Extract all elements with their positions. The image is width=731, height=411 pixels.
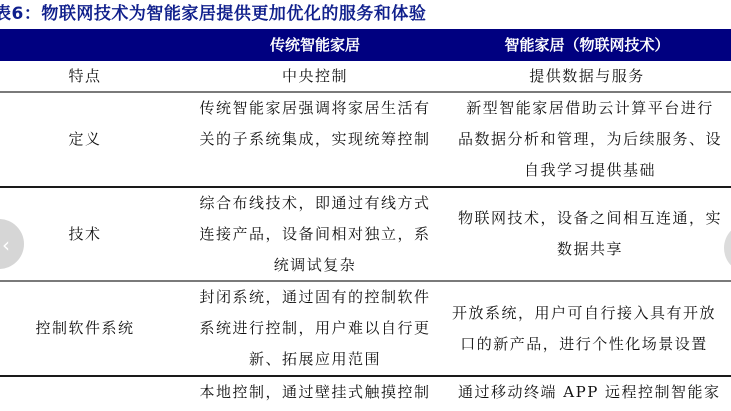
header-traditional: 传统智能家居 [182,29,448,61]
traditional-cell: 中央控制 [182,61,448,91]
iot-cell: 提供数据与服务 [452,61,722,91]
table-row-control-mode: 本地控制，通过壁挂式触摸控制 通过移动终端 APP 远程控制智能家 [0,377,731,411]
row-label: 定义 [0,93,170,186]
table-row-control-software: 控制软件系统 封闭系统，通过固有的控制软件 系统进行控制，用户难以自行更 新、拓… [0,282,731,377]
header-feature [0,29,170,61]
row-label: 技术 [0,188,170,280]
table-row-feature: 特点 中央控制 提供数据与服务 [0,61,731,93]
row-label: 特点 [0,61,170,91]
iot-cell: 开放系统，用户可自行接入具有开放 口的新产品，进行个性化场景设置 [452,282,731,375]
table-row-definition: 定义 传统智能家居强调将家居生活有 关的子系统集成，实现统筹控制 新型智能家居借… [0,93,731,188]
traditional-cell: 综合布线技术，即通过有线方式 连接产品，设备间相对独立，系 统调试复杂 [182,188,448,280]
header-iot: 智能家居（物联网技术） [452,29,722,61]
table-row-technology: 技术 综合布线技术，即通过有线方式 连接产品，设备间相对独立，系 统调试复杂 物… [0,188,731,282]
row-label: 控制软件系统 [0,282,170,375]
traditional-cell: 传统智能家居强调将家居生活有 关的子系统集成，实现统筹控制 [182,93,448,186]
traditional-cell: 封闭系统，通过固有的控制软件 系统进行控制，用户难以自行更 新、拓展应用范围 [182,282,448,375]
traditional-cell: 本地控制，通过壁挂式触摸控制 [182,377,448,411]
chevron-left-icon: ‹ [2,233,10,257]
row-label [0,377,170,411]
table-header: 传统智能家居 智能家居（物联网技术） [0,29,731,61]
table-title: 表6：物联网技术为智能家居提供更加优化的服务和体验 [0,0,426,28]
iot-cell: 通过移动终端 APP 远程控制智能家 [452,377,731,411]
comparison-table: 传统智能家居 智能家居（物联网技术） 特点 中央控制 提供数据与服务 定义 传统… [0,29,731,411]
iot-cell: 物联网技术，设备之间相互连通，实 数据共享 [452,188,731,280]
iot-cell: 新型智能家居借助云计算平台进行 品数据分析和管理，为后续服务、设 自我学习提供基… [452,93,731,186]
